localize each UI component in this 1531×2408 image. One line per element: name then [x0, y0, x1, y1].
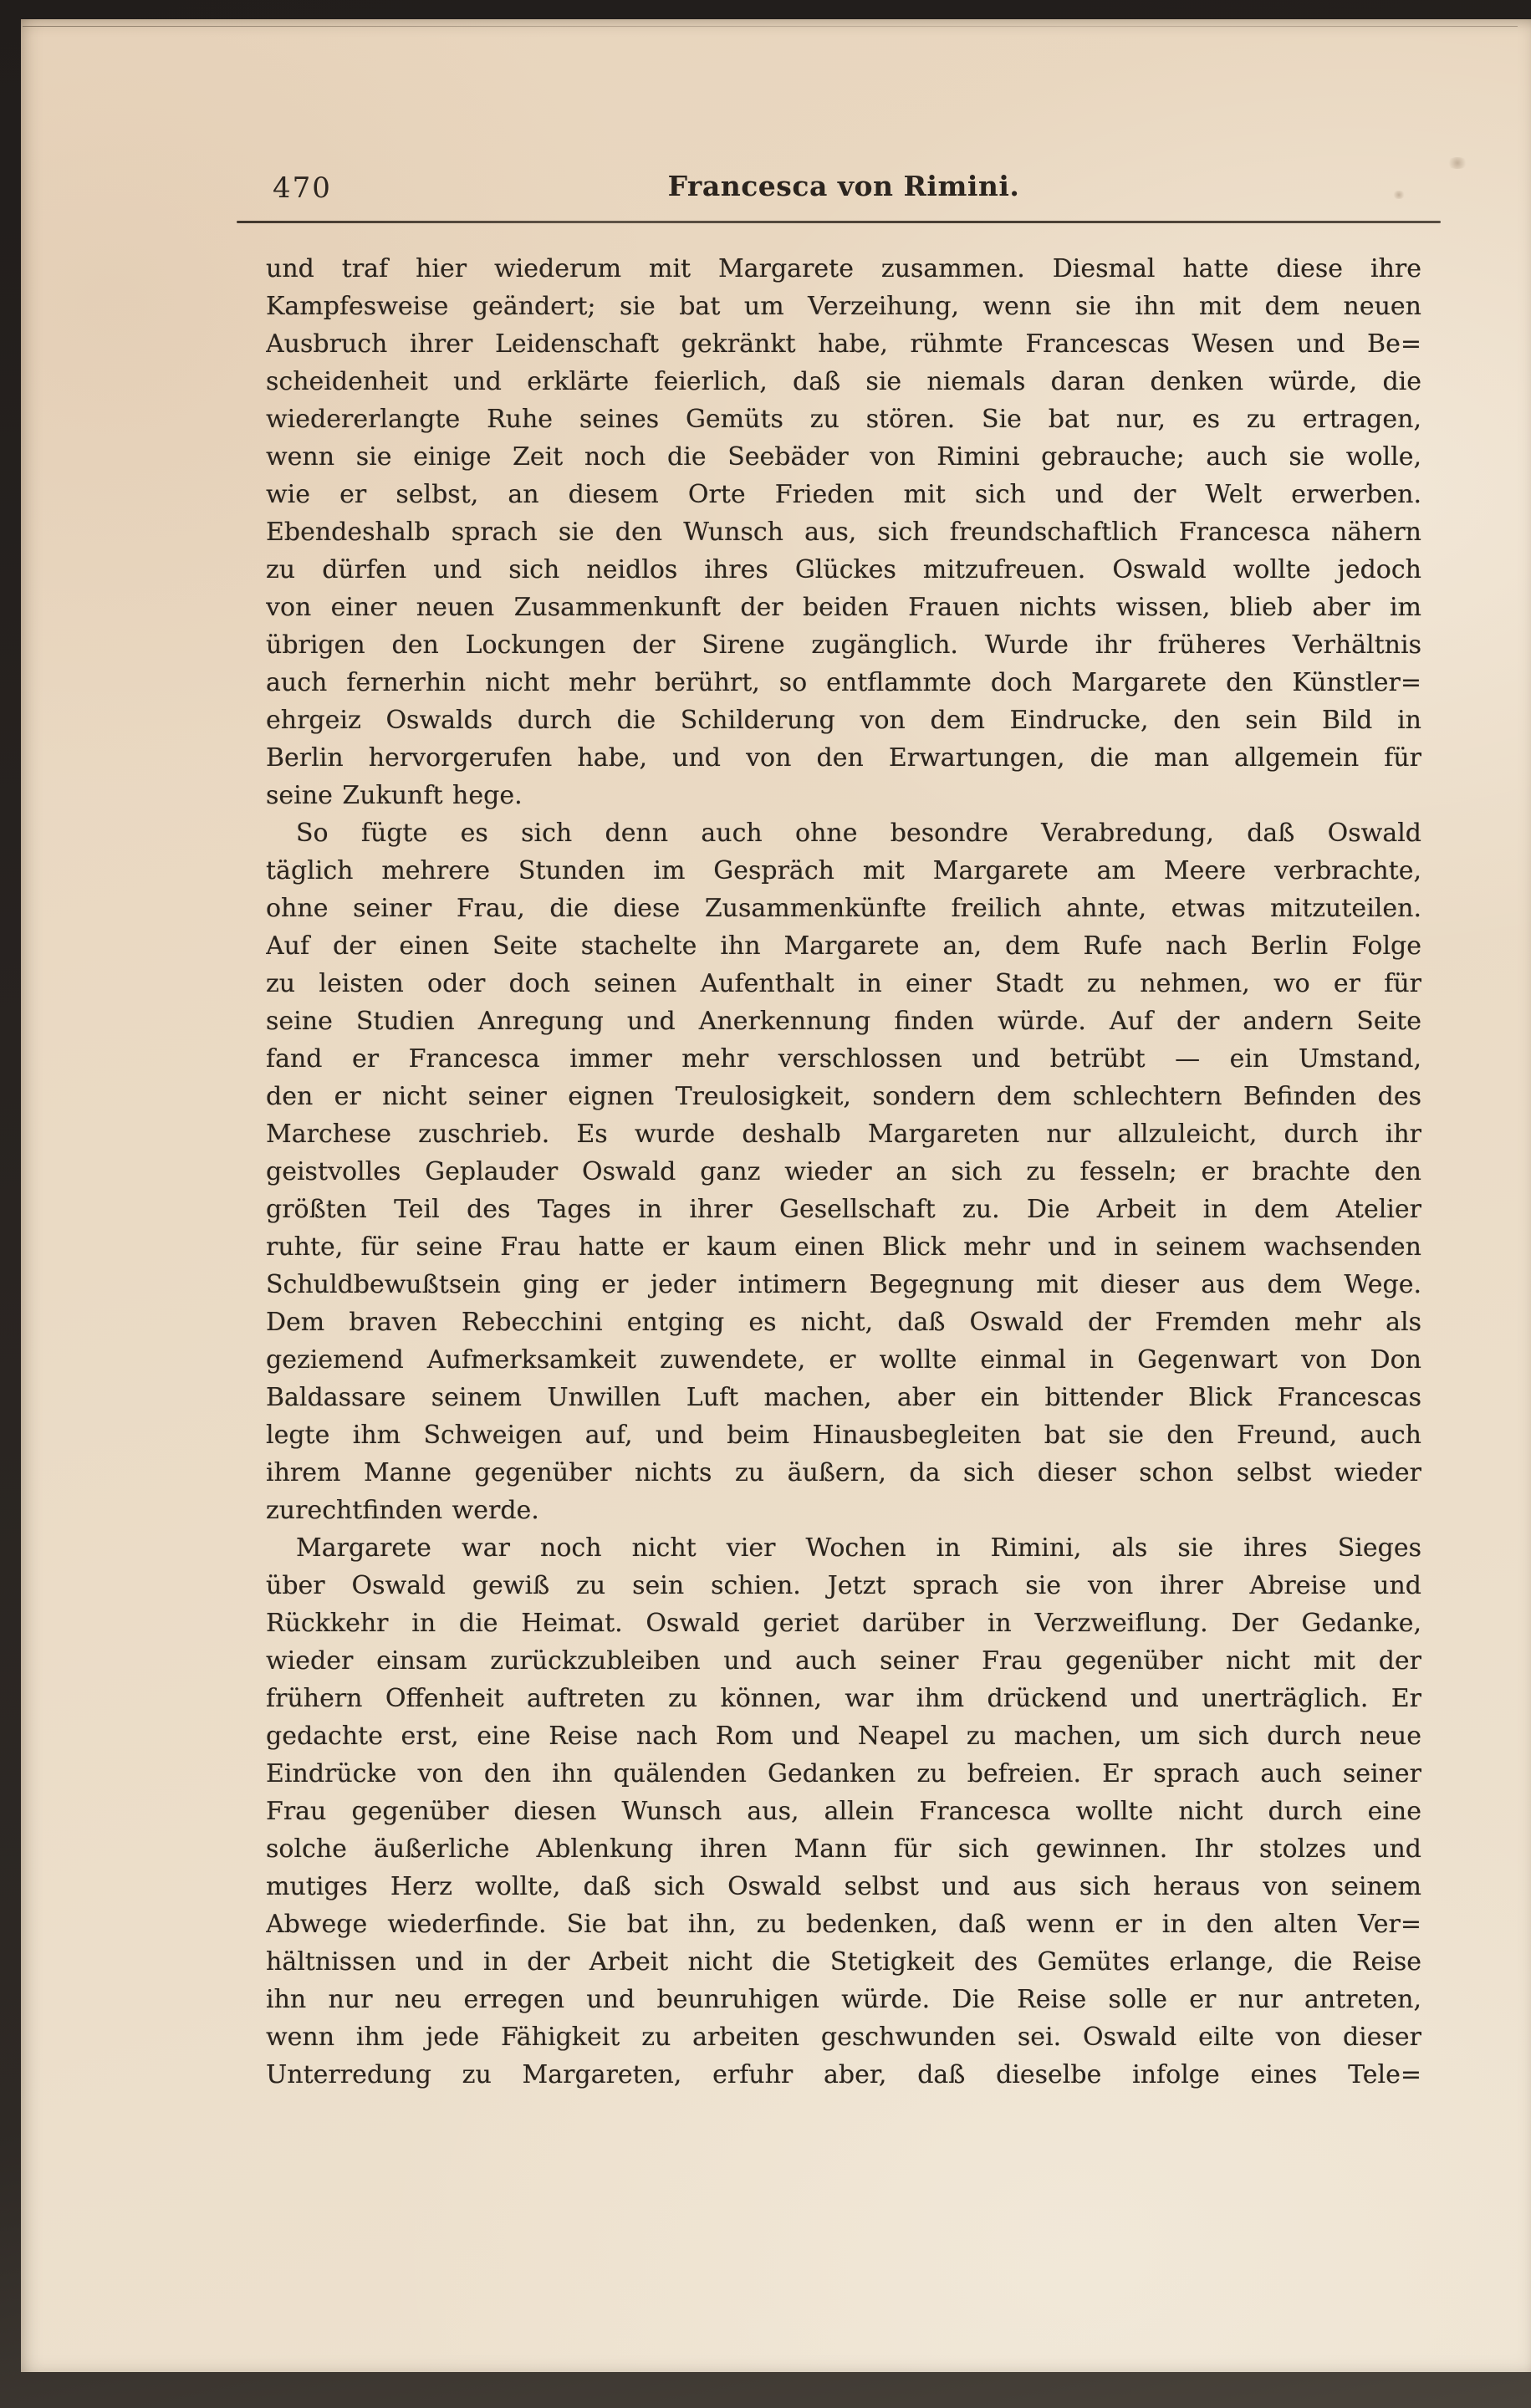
text-line: Baldassare seinem Unwillen Luft machen, … — [266, 1379, 1421, 1416]
text-line: Berlin hervorgerufen habe, und von den E… — [266, 739, 1421, 777]
text-line: geistvolles Geplauder Oswald ganz wieder… — [266, 1153, 1421, 1191]
text-line: ehrgeiz Oswalds durch die Schilderung vo… — [266, 701, 1421, 739]
paper-blemish — [1447, 157, 1468, 169]
text-line: Dem braven Rebecchini entging es nicht, … — [266, 1303, 1421, 1341]
text-line: Ausbruch ihrer Leidenschaft gekränkt hab… — [266, 325, 1421, 363]
text-line: ruhte, für seine Frau hatte er kaum eine… — [266, 1228, 1421, 1266]
running-title: Francesca von Rimini. — [266, 170, 1421, 202]
text-line: Eindrücke von den ihn quälenden Gedanken… — [266, 1755, 1421, 1793]
text-line: Abwege wiederfinde. Sie bat ihn, zu bede… — [266, 1905, 1421, 1943]
page-top-edge-shadow — [23, 26, 1518, 27]
text-line: mutiges Herz wollte, daß sich Oswald sel… — [266, 1868, 1421, 1905]
text-line: wenn ihm jede Fähigkeit zu arbeiten gesc… — [266, 2018, 1421, 2056]
text-line: Frau gegenüber diesen Wunsch aus, allein… — [266, 1793, 1421, 1830]
text-line: auch fernerhin nicht mehr berührt, so en… — [266, 664, 1421, 701]
text-line: größten Teil des Tages in ihrer Gesellsc… — [266, 1191, 1421, 1228]
text-line: über Oswald gewiß zu sein schien. Jetzt … — [266, 1567, 1421, 1604]
text-line: Kampfesweise geändert; sie bat um Verzei… — [266, 288, 1421, 325]
text-line: gedachte erst, eine Reise nach Rom und N… — [266, 1717, 1421, 1755]
text-line: scheidenheit und erklärte feierlich, daß… — [266, 363, 1421, 400]
text-line: und traf hier wiederum mit Margarete zus… — [266, 250, 1421, 288]
text-line: wie er selbst, an diesem Orte Frieden mi… — [266, 476, 1421, 513]
text-line: ihn nur neu erregen und beunruhigen würd… — [266, 1981, 1421, 2018]
text-line: geziemend Aufmerksamkeit zuwendete, er w… — [266, 1341, 1421, 1379]
text-line: zu dürfen und sich neidlos ihres Glückes… — [266, 551, 1421, 589]
text-line: Schuldbewußtsein ging er jeder intimern … — [266, 1266, 1421, 1303]
text-line: zurechtfinden werde. — [266, 1492, 1421, 1529]
text-line: zu leisten oder doch seinen Aufenthalt i… — [266, 965, 1421, 1002]
text-line: wenn sie einige Zeit noch die Seebäder v… — [266, 438, 1421, 476]
text-line: seine Zukunft hege. — [266, 777, 1421, 814]
text-line: seine Studien Anregung und Anerkennung f… — [266, 1002, 1421, 1040]
text-line: Rückkehr in die Heimat. Oswald geriet da… — [266, 1604, 1421, 1642]
text-line: fand er Francesca immer mehr verschlosse… — [266, 1040, 1421, 1078]
text-line: übrigen den Lockungen der Sirene zugängl… — [266, 626, 1421, 664]
text-line: Ebendeshalb sprach sie den Wunsch aus, s… — [266, 513, 1421, 551]
text-line: wieder einsam zurückzubleiben und auch s… — [266, 1642, 1421, 1680]
text-line: Auf der einen Seite stachelte ihn Margar… — [266, 927, 1421, 965]
text-line: Marchese zuschrieb. Es wurde deshalb Mar… — [266, 1115, 1421, 1153]
text-line: Unterredung zu Margareten, erfuhr aber, … — [266, 2056, 1421, 2094]
text-line: ihrem Manne gegenüber nichts zu äußern, … — [266, 1454, 1421, 1492]
header-rule — [237, 221, 1441, 223]
text-line: ohne seiner Frau, die diese Zusammenkünf… — [266, 890, 1421, 927]
text-line: wiedererlangte Ruhe seines Gemüts zu stö… — [266, 400, 1421, 438]
text-line: solche äußerliche Ablenkung ihren Mann f… — [266, 1830, 1421, 1868]
text-line: frühern Offenheit auftreten zu können, w… — [266, 1680, 1421, 1717]
text-line: von einer neuen Zusammenkunft der beiden… — [266, 589, 1421, 626]
text-line: den er nicht seiner eignen Treulosigkeit… — [266, 1078, 1421, 1115]
text-line: täglich mehrere Stunden im Gespräch mit … — [266, 852, 1421, 890]
scan-background: 470 Francesca von Rimini. und traf hier … — [0, 0, 1531, 2408]
text-line: hältnissen und in der Arbeit nicht die S… — [266, 1943, 1421, 1981]
text-line: Margarete war noch nicht vier Wochen in … — [266, 1529, 1421, 1567]
text-line: So fügte es sich denn auch ohne besondre… — [266, 814, 1421, 852]
page-header: 470 Francesca von Rimini. — [266, 166, 1421, 208]
text-line: legte ihm Schweigen auf, und beim Hinaus… — [266, 1416, 1421, 1454]
book-page: 470 Francesca von Rimini. und traf hier … — [21, 19, 1531, 2372]
body-text: und traf hier wiederum mit Margarete zus… — [266, 250, 1421, 2094]
